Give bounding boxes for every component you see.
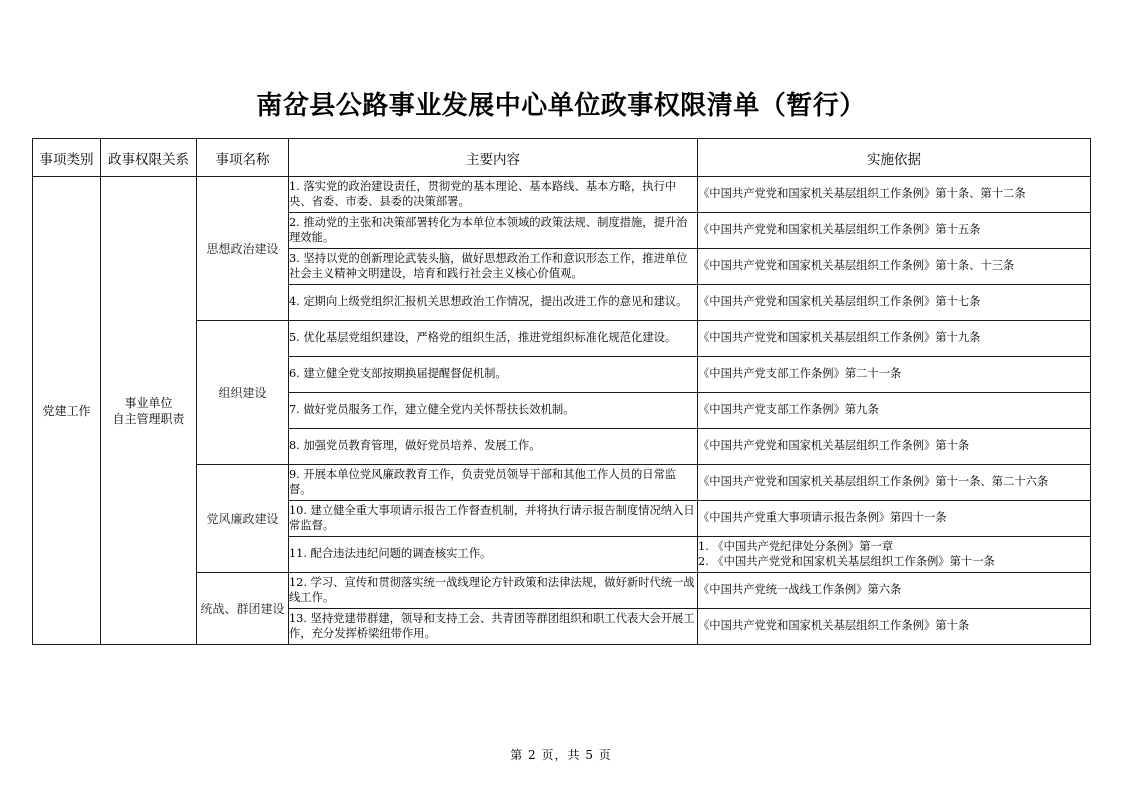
content-cell: 11. 配合违法违纪问题的调查核实工作。 (289, 537, 698, 573)
document-title: 南岔县公路事业发展中心单位政事权限清单（暂行） (0, 88, 1122, 124)
content-cell: 4. 定期向上级党组织汇报机关思想政治工作情况，提出改进工作的意见和建议。 (289, 285, 698, 321)
content-cell: 2. 推动党的主张和决策部署转化为本单位本领域的政策法规、制度措施，提升治理效能… (289, 213, 698, 249)
basis-cell: 《中国共产党党和国家机关基层组织工作条例》第十条 (698, 609, 1091, 645)
content-cell: 10. 建立健全重大事项请示报告工作督查机制，并将执行请示报告制度情况纳入日常监… (289, 501, 698, 537)
group-united-front: 统战、群团建设 (197, 573, 289, 645)
content-cell: 3. 坚持以党的创新理论武装头脑，做好思想政治工作和意识形态工作，推进单位社会主… (289, 249, 698, 285)
basis-cell: 《中国共产党重大事项请示报告条例》第四十一条 (698, 501, 1091, 537)
basis-cell: 《中国共产党党和国家机关基层组织工作条例》第十九条 (698, 321, 1091, 357)
content-cell: 9. 开展本单位党风廉政教育工作，负责党员领导干部和其他工作人员的日常监督。 (289, 465, 698, 501)
group-ideological: 思想政治建设 (197, 177, 289, 321)
header-relation: 政事权限关系 (101, 139, 197, 177)
content-cell: 8. 加强党员教育管理，做好党员培养、发展工作。 (289, 429, 698, 465)
basis-cell: 《中国共产党统一战线工作条例》第六条 (698, 573, 1091, 609)
header-category: 事项类别 (33, 139, 101, 177)
content-cell: 13. 坚持党建带群建，领导和支持工会、共青团等群团组织和职工代表大会开展工作，… (289, 609, 698, 645)
basis-cell: 《中国共产党党和国家机关基层组织工作条例》第十五条 (698, 213, 1091, 249)
basis-line: 2. 《中国共产党党和国家机关基层组织工作条例》第十一条 (698, 555, 1090, 570)
table-header-row: 事项类别 政事权限关系 事项名称 主要内容 实施依据 (33, 139, 1091, 177)
basis-cell: 《中国共产党党和国家机关基层组织工作条例》第十条 (698, 429, 1091, 465)
group-integrity: 党风廉政建设 (197, 465, 289, 573)
content-cell: 7. 做好党员服务工作，建立健全党内关怀帮扶长效机制。 (289, 393, 698, 429)
content-cell: 1. 落实党的政治建设责任，贯彻党的基本理论、基本路线、基本方略，执行中央、省委… (289, 177, 698, 213)
relation-line2: 自主管理职责 (101, 411, 196, 427)
basis-cell: 《中国共产党支部工作条例》第九条 (698, 393, 1091, 429)
category-cell: 党建工作 (33, 177, 101, 645)
basis-line: 1. 《中国共产党纪律处分条例》第一章 (698, 540, 1090, 555)
page-footer: 第 2 页，共 5 页 (0, 746, 1122, 763)
table-row: 党建工作 事业单位 自主管理职责 思想政治建设 1. 落实党的政治建设责任，贯彻… (33, 177, 1091, 213)
basis-cell: 《中国共产党党和国家机关基层组织工作条例》第十条、第十二条 (698, 177, 1091, 213)
basis-cell: 《中国共产党党和国家机关基层组织工作条例》第十条、十三条 (698, 249, 1091, 285)
relation-line1: 事业单位 (101, 395, 196, 411)
authority-table: 事项类别 政事权限关系 事项名称 主要内容 实施依据 党建工作 事业单位 自主管… (32, 138, 1091, 645)
relation-cell: 事业单位 自主管理职责 (101, 177, 197, 645)
header-item-name: 事项名称 (197, 139, 289, 177)
header-basis: 实施依据 (698, 139, 1091, 177)
basis-cell: 《中国共产党支部工作条例》第二十一条 (698, 357, 1091, 393)
basis-cell: 1. 《中国共产党纪律处分条例》第一章 2. 《中国共产党党和国家机关基层组织工… (698, 537, 1091, 573)
content-cell: 6. 建立健全党支部按期换届提醒督促机制。 (289, 357, 698, 393)
header-main-content: 主要内容 (289, 139, 698, 177)
content-cell: 5. 优化基层党组织建设，严格党的组织生活，推进党组织标准化规范化建设。 (289, 321, 698, 357)
basis-cell: 《中国共产党党和国家机关基层组织工作条例》第十一条、第二十六条 (698, 465, 1091, 501)
group-organization: 组织建设 (197, 321, 289, 465)
basis-cell: 《中国共产党党和国家机关基层组织工作条例》第十七条 (698, 285, 1091, 321)
content-cell: 12. 学习、宣传和贯彻落实统一战线理论方针政策和法律法规，做好新时代统一战线工… (289, 573, 698, 609)
